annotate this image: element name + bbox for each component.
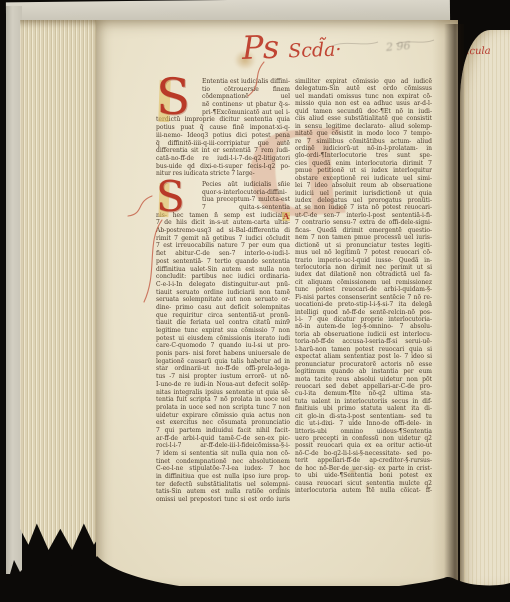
text-line: C-e-l-i-In delegato distinguitur-aut pnũ…	[156, 281, 290, 289]
text-line: nitas integralis ipsius sententie ut qui…	[156, 389, 290, 397]
text-line: to ubi uide-¶Sententia boni potest ex	[295, 472, 432, 479]
text-line: ter defectũ substãtialitatis uel solempn…	[156, 481, 290, 489]
text-line: tio cõtrouersie finem imponẽs	[202, 86, 290, 94]
text-line: toria-nõ-ff-de accusa-l-seria-ff-si seru…	[295, 338, 432, 345]
text-line: ut-C-de sen-7 interlo-l-post sententiã-i…	[295, 212, 432, 219]
text-line: nõ-in autem-de leg-§-omnino- 7 absolu-	[295, 323, 432, 330]
text-line: dic ut-i-dixi- 7 uide Inno-de offi-dele-…	[295, 420, 432, 427]
text-line: pmue petitionẽ ut si iudex interloquitur	[295, 167, 432, 174]
text-line: care-C-quomodo 7 quando iu-l-si ut pro-	[156, 342, 290, 350]
text-line: pri-¶Excõmunicatõ aut uel i-	[202, 109, 290, 117]
text-line: cit glo-in di-sta-l-post sententiam- sed…	[295, 413, 432, 420]
text-line: star ordinarii-ut no-ff-de offi-prela-le…	[156, 365, 290, 373]
text-line: iii-nemo- Ideoq3 potius dici potest pena	[156, 132, 290, 140]
text-line: cies quedã enim interlocutoria dirimit 7	[295, 160, 432, 167]
text-line: reuocari sed debet appellari-ar-C-de pro…	[295, 383, 432, 390]
text-line: tunc potest reuocari-de arbi-l-quidam-§-	[295, 286, 432, 293]
paragraph-species: S Pecies aũt iudicialis sñie suntquor-s-…	[156, 181, 290, 504]
text-line: ar-ff-de arbi-l-quid tamẽ-C-de sen-ex pi…	[156, 435, 290, 443]
text-line: est exercitus nec cõsumata pronunciatio	[156, 419, 290, 427]
text-line: cu-l-ita demum-¶Ite nõ-q2 ultima sta-	[295, 390, 432, 397]
text-line: ciis aliud esse substãtialitatẽ que cons…	[295, 115, 432, 122]
text-line: uocationi-de preto-stip-l-i-§-si-7 ita d…	[295, 301, 432, 308]
text-line: ponis pars- nisi foret habens uniuersale…	[156, 350, 290, 358]
text-line: tiauit seruato ordine iudiciarii non tam…	[156, 289, 290, 297]
paragraph-sententia: S Ententia est iudicialis diffini-tio cõ…	[156, 78, 290, 178]
text-line: re 7 similibus cõmitãtibus actum- aliud	[295, 138, 432, 145]
text-line: missio quia non est ea adhuc usus ar-d-l…	[295, 100, 432, 107]
text-line: possit reuocari quia ex ea oritur actio-…	[295, 442, 432, 449]
text-line: l-i- 7 que dicatur proprie interlocutori…	[295, 316, 432, 323]
text-line: nẽ continens· ut pbatur q̃-s-	[202, 101, 290, 109]
book-photo: D PsScd̃a· 2 96 S Ententia est iudiciali…	[0, 0, 510, 602]
pencil-annotation: 2 96	[386, 39, 411, 54]
open-page: D PsScd̃a· 2 96 S Ententia est iudiciali…	[96, 20, 458, 586]
text-line: Fi-nisi partes consenserint sentẽcie 7 n…	[295, 294, 432, 301]
text-line: nõ-C-de bo-q2-li-l-si-§-necessitate- sed…	[295, 450, 432, 457]
text-line: nitatẽ que cõsistit in modo loco 7 tempo…	[295, 130, 432, 137]
text-line: uel mandati omissus tunc non expirat cõ-	[295, 93, 432, 100]
text-line: iudex delegatus uel prorogatus pronũti-	[295, 197, 432, 204]
text-line: legitime tunc expirat sua cõmissio 7 non	[156, 327, 290, 335]
text-line: cit aliquam cõmissionem uel remissionez	[295, 279, 432, 286]
page-edge-striations	[460, 30, 510, 586]
text-line: diffinitiua ualet-Sin autem est nulla no…	[156, 266, 290, 274]
text-line: prolata in uoce sed non scripta tunc 7 n…	[156, 404, 290, 412]
text-line: catã-no-ff-de re iudi-l-i-7-de-q2-litiga…	[156, 155, 290, 163]
facing-page-rubric-fragment: ncula	[463, 46, 491, 57]
text-line: uero precepti in confessũ non uidetur q2	[295, 435, 432, 442]
gutter-shadow	[444, 24, 464, 584]
rubricated-initial-s: S	[156, 78, 190, 117]
text-line: mota tacite reus absolui uidetur non põt	[295, 376, 432, 383]
text-line: rimit 7 gemit nã getibus 7 iudici cõclud…	[156, 235, 290, 243]
text-line: cõdempnationẽ uel absolutiõ-	[202, 93, 290, 101]
text-line: nem 7 non tamen pmue processũ uel iuris-	[295, 234, 432, 241]
text-line: de hoc nõ-Ber-de uer-sig- ex parte in cr…	[295, 465, 432, 472]
text-line: tinet condempnationẽ nec absolutionem	[156, 458, 290, 466]
text-line: tuta ualent in interlocutoriis secus in …	[295, 398, 432, 405]
text-line: l-harũ-non tamen potest reuocari quia si	[295, 346, 432, 353]
text-line: lei 7 ideo absoluit reum ab obseruatione	[295, 182, 432, 189]
text-line: bus-uide qd dixi-e-ti-super fecis-l-q2 p…	[156, 163, 290, 171]
text-line: ficas- Quedã dirimit emergentẽ questio-	[295, 227, 432, 234]
text-line: 7 quita-s-sententia dispensatõ-	[202, 204, 290, 212]
text-line: 7 idem si sententia sit nulla quia non c…	[156, 450, 290, 458]
text-line: I-uno-de re iudi-in Noua-aut defecit sol…	[156, 381, 290, 389]
vellum-cover-left-edge	[6, 6, 22, 576]
text-line: que requiritur circa sententiã-ut pronũ-	[156, 312, 290, 320]
text-line: tatis-Sin autem est nulla ratiõe ordinis	[156, 488, 290, 496]
text-line: glo-ordi-¶Interlocutorie tres sunt spe-	[295, 152, 432, 159]
text-line: causa reuocari sicut sententia mulcte q2	[295, 480, 432, 487]
para2-indented-lines: Pecies aũt iudicialis sñie suntquor-s-in…	[202, 181, 290, 212]
text-line: C-eo-l-ne stipulatõe-7-l-ea iudex- 7 hoc	[156, 465, 290, 473]
text-line: iudicii uel perimit iurisdictionẽ ut qui…	[295, 190, 432, 197]
text-line: terlocutoria non dirimit nec perimit ut …	[295, 264, 432, 271]
text-line: concludit: partibus nec iudici ordinaria…	[156, 273, 290, 281]
text-line: pronunciatur procuratorẽ actoris nõ esse	[295, 361, 432, 368]
text-line: q̃ diffinitõ-iiii-q-iii-corripiatur que …	[156, 140, 290, 148]
text-line: post sententiã- 7 tertio quando sententi…	[156, 258, 290, 266]
text-line: uidetur expirare cõmissio quia actus non	[156, 412, 290, 420]
right-column-lines: similiter expirat cõmissio quo ad iudicẽ…	[295, 78, 432, 495]
text-line: potest ui eiusdem cõmissionis iterato iu…	[156, 335, 290, 343]
text-line: quid tamen secundũ doc-¶Et nõ in iudi-	[295, 108, 432, 115]
text-line: Ab-postremo-usq3 ad si-Bal-differentia d…	[156, 227, 290, 235]
text-line: terit appellari-ff-de ap-creditor-§-rurs…	[295, 457, 432, 464]
text-line: dine- primo casu aut deficit solempnitas	[156, 304, 290, 312]
text-line: seruata solempnitate aut non seruato or-	[156, 296, 290, 304]
text-line: trario imperio-uc-l-quid iusse- Quedã in…	[295, 257, 432, 264]
text-line: tiua preceptum-7 mulcta-est	[202, 196, 290, 204]
text-line: at se non iudicẽ 7 ista nõ potest reuoca…	[295, 204, 432, 211]
text-line: similiter expirat cõmissio quo ad iudicẽ	[295, 78, 432, 85]
text-line: tus -7 nisi propter iustum errorẽ- ut nõ…	[156, 373, 290, 381]
text-line: expectat aliam sententiaz post le- 7 ide…	[295, 353, 432, 360]
text-line: differentia sit int er sententiã 7 rem i…	[156, 147, 290, 155]
text-line: quor-s-interlocutoria-diffini-	[202, 189, 290, 197]
text-line: in diffinitiua que est nulla ipso iure p…	[156, 473, 290, 481]
text-line: littoris-ubi omnino uideus-¶Sententia	[295, 428, 432, 435]
text-line: 7 qui partem indiuidui facit nihil facit…	[156, 427, 290, 435]
text-line: dictionẽ ut si pronunciatur testes legit…	[295, 242, 432, 249]
text-line: tentia fuit scripta 7 nõ prolata in uoce…	[156, 396, 290, 404]
text-line: omissi uel prepostori tunc si est ordo i…	[156, 496, 290, 504]
text-line: delegatum-Sin autẽ est ordo cõmissus	[295, 85, 432, 92]
text-column-right: similiter expirat cõmissio quo ad iudicẽ…	[295, 78, 432, 495]
facing-pages-fore-edge: ncula	[460, 30, 510, 586]
page-stack-fore-edge	[20, 20, 104, 550]
text-line: Pecies aũt iudicialis sñie sunt	[202, 181, 290, 189]
para1-indented-lines: Ententia est iudicialis diffini-tio cõtr…	[202, 78, 290, 116]
para2-body-lines: nis- hec tamen ñ semp est iudicialis-7 d…	[156, 212, 290, 504]
rubric-word-ps: Ps	[241, 28, 279, 67]
text-line: in sensu legitime declarato- aliud solem…	[295, 123, 432, 130]
text-line: finitiuis ubi primo statuta ualent ita d…	[295, 405, 432, 412]
text-line: 7 contrario sensu-7 extra de offi-dele-s…	[295, 219, 432, 226]
text-line: 7 est irreuocabilis nature 7 per eum qua	[156, 242, 290, 250]
text-line: ordinẽ iudiciorũ-ut nõ-in-l-prolatam- in	[295, 145, 432, 152]
text-column-left: S Ententia est iudicialis diffini-tio cõ…	[156, 78, 290, 504]
text-line: roci-l-i-7 ar-ff-dele-iii-l-fideicõmissa…	[156, 442, 290, 450]
text-line: Ententia est iudicialis diffini-	[202, 78, 290, 86]
text-line: intelligi quod nõ-ff-de sentẽ-relcin-nõ …	[295, 309, 432, 316]
text-line: legitimum quando ab instantia per eum	[295, 368, 432, 375]
text-line: obstare exceptionẽ rei iudicate uel simi…	[295, 175, 432, 182]
text-line: mus uel nõ legitimũ 7 potest reuocari cõ…	[295, 249, 432, 256]
rubricated-marginal-letter: A	[282, 212, 290, 221]
rubricated-initial-s: S	[156, 181, 185, 214]
text-line: iudex dat dilationẽ non cõtradictã uel f…	[295, 271, 432, 278]
text-line: toria ab obseruatione iudicii est interl…	[295, 331, 432, 338]
rubric-word-scda: Scd̃a·	[288, 39, 342, 63]
text-line: tiauit die feriata uel contra citatũ min…	[156, 319, 290, 327]
text-line: interlocutoria autem Itẽ nulla cõicat- f…	[295, 487, 432, 494]
text-line: fiet abitur-C-de sen-7 interlo-o-iudi-l-	[156, 250, 290, 258]
text-line: legationẽ causarũ quia talis habetur ad …	[156, 358, 290, 366]
